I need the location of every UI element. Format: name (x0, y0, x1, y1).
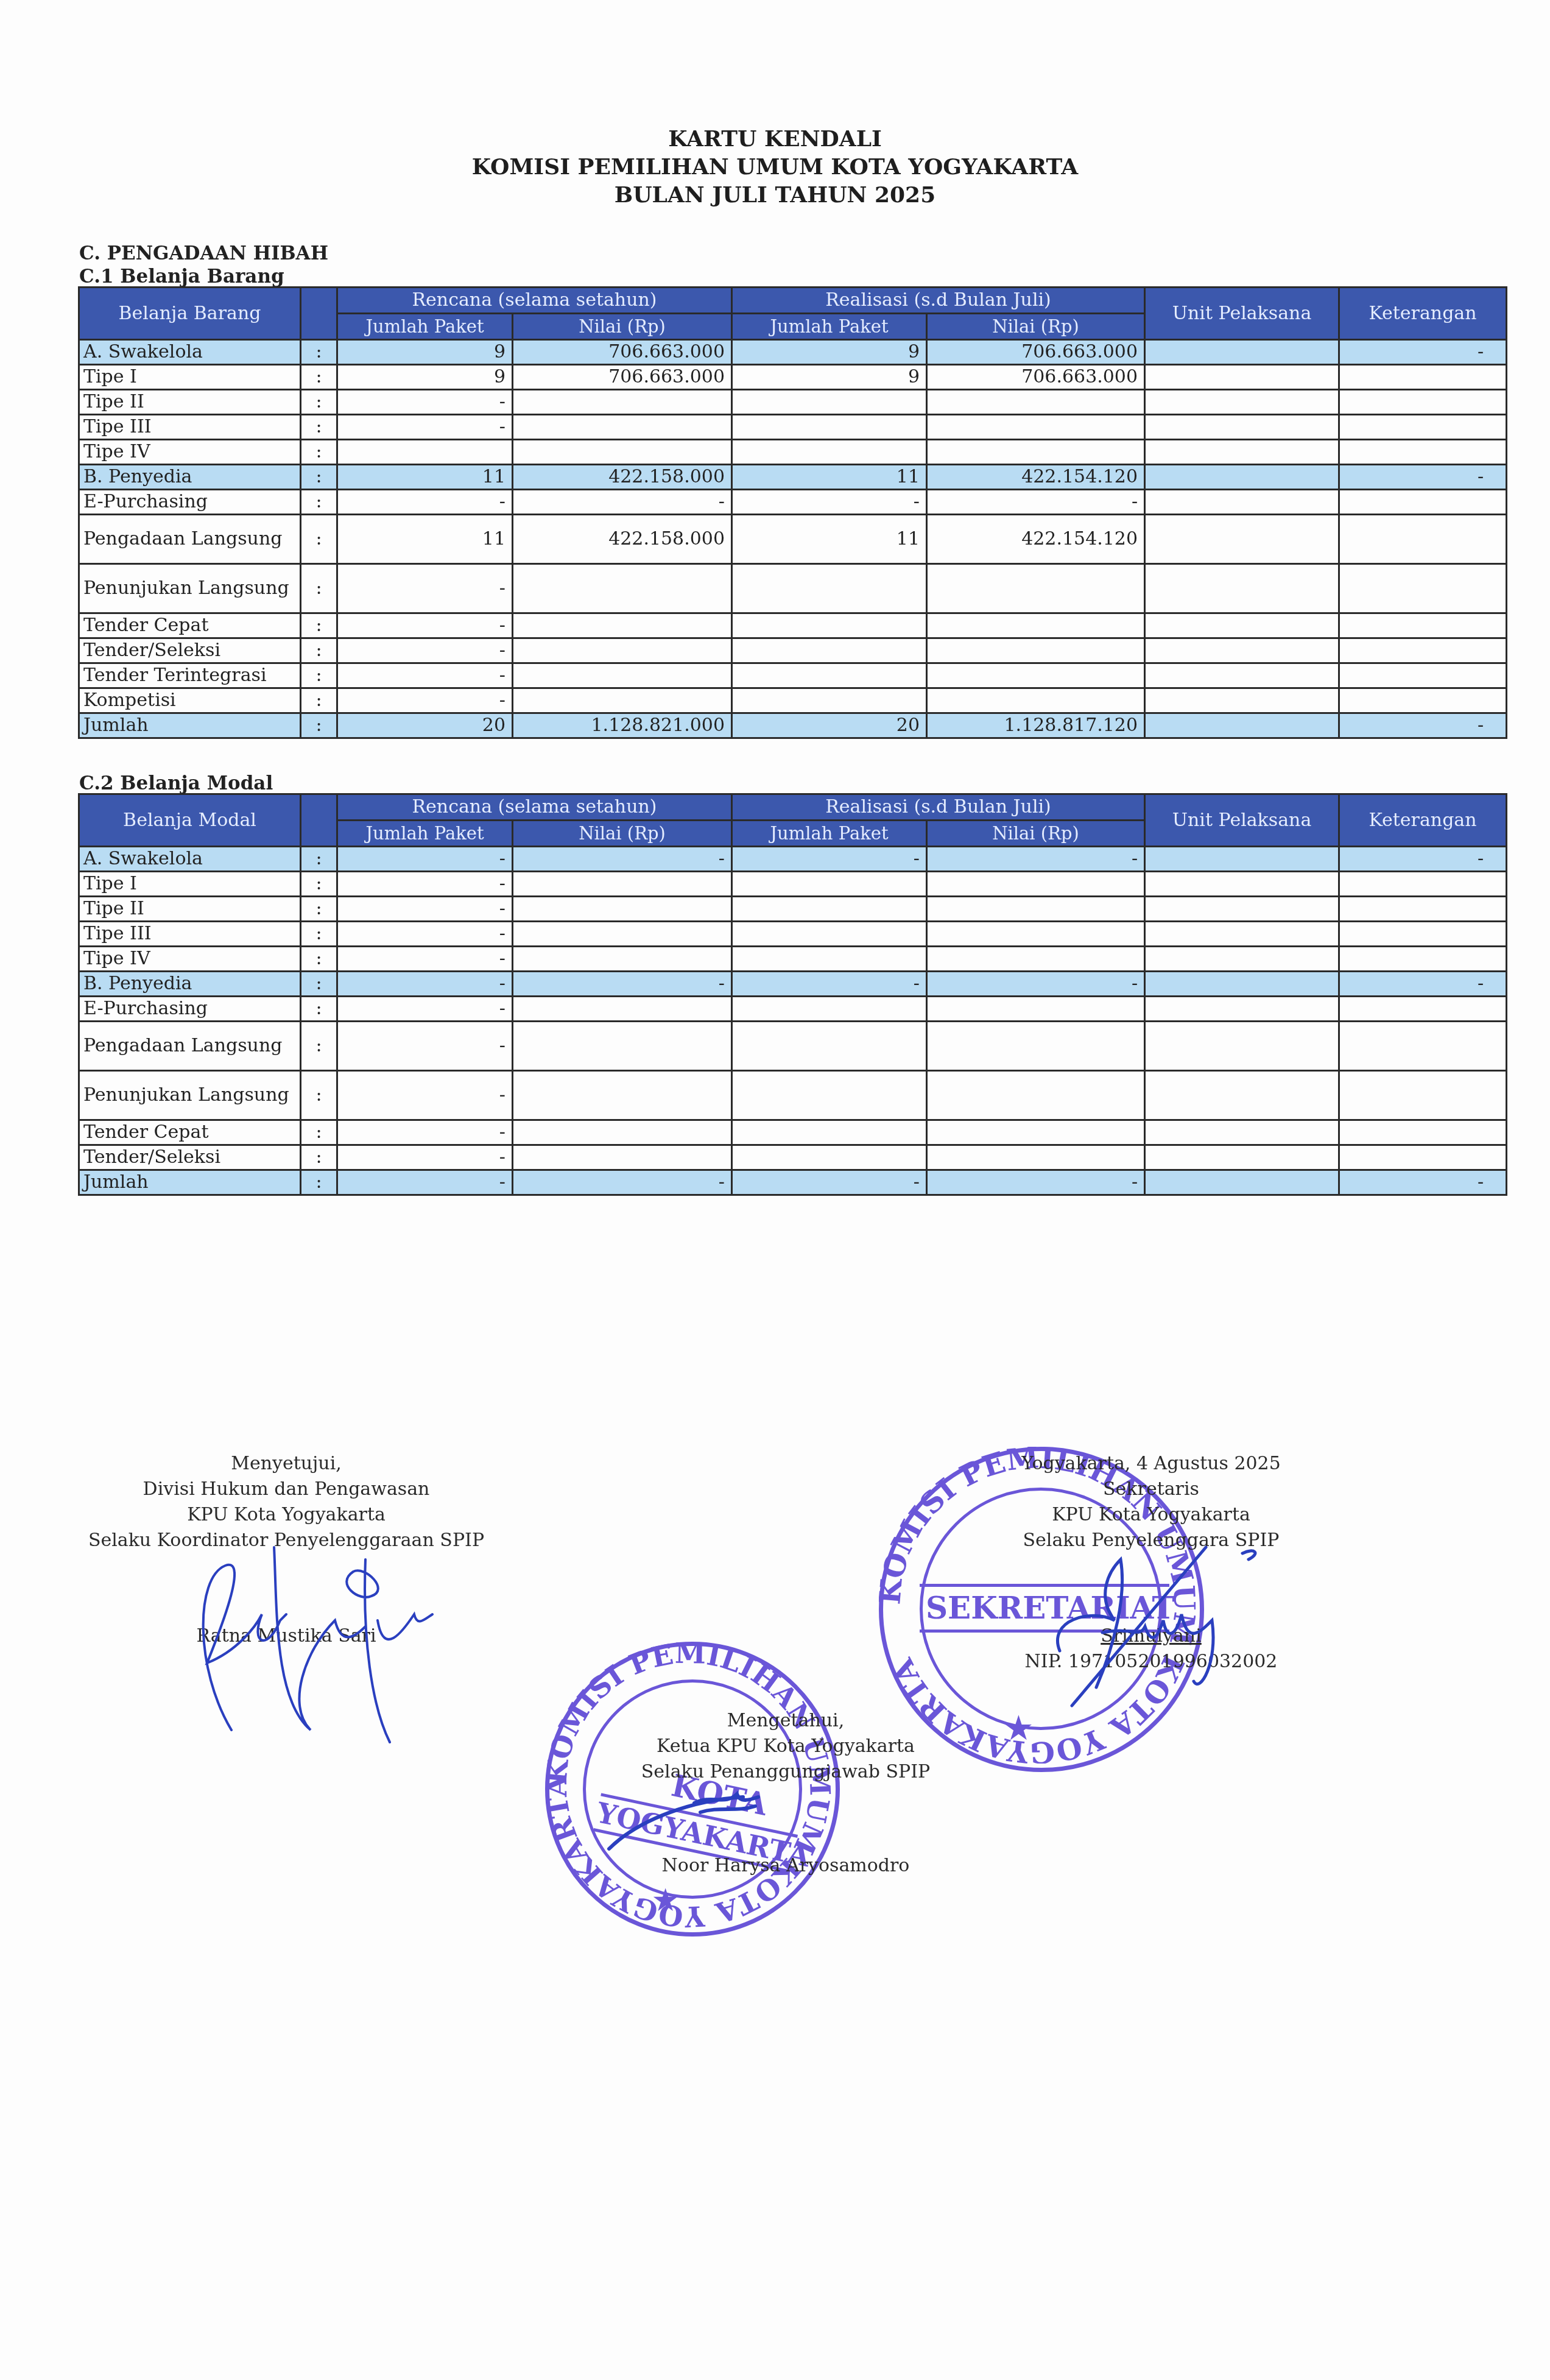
row-label: Tender/Seleksi (79, 1145, 301, 1170)
row-label: E-Purchasing (79, 997, 301, 1022)
unit-cell (1145, 1170, 1339, 1195)
unit-cell (1145, 688, 1339, 713)
realisasi-nilai-cell: 422.154.120 (927, 465, 1145, 490)
realisasi-paket-cell (732, 663, 927, 688)
rencana-nilai-cell: 422.158.000 (513, 465, 732, 490)
row-label: Tender Cepat (79, 1120, 301, 1145)
table-row: Penunjukan Langsung:- (79, 564, 1507, 613)
rencana-paket-cell: 9 (337, 365, 513, 390)
unit-cell (1145, 613, 1339, 638)
keterangan-header: Keterangan (1339, 288, 1507, 340)
keterangan-cell (1339, 1071, 1507, 1120)
keterangan-cell: - (1339, 1170, 1507, 1195)
unit-cell (1145, 365, 1339, 390)
realisasi-nilai-cell (927, 1022, 1145, 1071)
rencana-nilai-cell (513, 415, 732, 440)
row-colon: : (301, 465, 337, 490)
realisasi-nilai-cell (927, 663, 1145, 688)
rencana-nilai-cell (513, 688, 732, 713)
row-label: Tipe III (79, 922, 301, 947)
keterangan-cell (1339, 997, 1507, 1022)
unit-header: Unit Pelaksana (1145, 794, 1339, 847)
unit-cell (1145, 947, 1339, 972)
row-label: Penunjukan Langsung (79, 564, 301, 613)
keterangan-cell: - (1339, 713, 1507, 738)
rencana-nilai-cell (513, 663, 732, 688)
realisasi-nilai-cell (927, 390, 1145, 415)
keterangan-cell (1339, 688, 1507, 713)
sig-right-line: KPU Kota Yogyakarta (987, 1502, 1316, 1528)
keterangan-cell (1339, 947, 1507, 972)
rencana-paket-cell: - (337, 1145, 513, 1170)
realisasi-nilai-cell (927, 947, 1145, 972)
unit-cell (1145, 922, 1339, 947)
realisasi-paket-cell (732, 947, 927, 972)
rencana-paket-cell: 9 (337, 340, 513, 365)
sig-center-line: Mengetahui, (603, 1708, 968, 1734)
row-label: Pengadaan Langsung (79, 1022, 301, 1071)
table-row: Tender Cepat:- (79, 1120, 1507, 1145)
realisasi-paket-cell: 11 (732, 465, 927, 490)
rencana-paket-cell (337, 440, 513, 465)
keterangan-cell (1339, 872, 1507, 897)
rencana-nilai-cell: 706.663.000 (513, 340, 732, 365)
rencana-paket-cell: - (337, 1071, 513, 1120)
realisasi-paket-cell (732, 1071, 927, 1120)
unit-cell (1145, 440, 1339, 465)
rencana-nilai-cell (513, 440, 732, 465)
rencana-nilai-header: Nilai (Rp) (513, 314, 732, 340)
realisasi-nilai-header: Nilai (Rp) (927, 821, 1145, 847)
table1-heading: C.1 Belanja Barang (79, 266, 284, 288)
rencana-paket-cell: 11 (337, 515, 513, 564)
keterangan-cell (1339, 564, 1507, 613)
realisasi-paket-cell (732, 613, 927, 638)
row-colon: : (301, 997, 337, 1022)
table-row: Tipe II:- (79, 897, 1507, 922)
rencana-header: Rencana (selama setahun) (337, 288, 732, 314)
unit-cell (1145, 872, 1339, 897)
realisasi-paket-header: Jumlah Paket (732, 314, 927, 340)
realisasi-nilai-cell (927, 1120, 1145, 1145)
realisasi-nilai-cell (927, 872, 1145, 897)
row-colon: : (301, 613, 337, 638)
keterangan-cell (1339, 415, 1507, 440)
table-row: E-Purchasing:---- (79, 490, 1507, 515)
keterangan-cell: - (1339, 340, 1507, 365)
colon-header (301, 288, 337, 340)
keterangan-cell (1339, 1120, 1507, 1145)
rencana-nilai-cell (513, 922, 732, 947)
row-colon: : (301, 1071, 337, 1120)
belanja-modal-table: Belanja ModalRencana (selama setahun)Rea… (78, 793, 1507, 1196)
unit-cell (1145, 465, 1339, 490)
row-label: Tipe II (79, 897, 301, 922)
unit-cell (1145, 713, 1339, 738)
unit-cell (1145, 415, 1339, 440)
realisasi-paket-cell: - (732, 847, 927, 872)
row-colon: : (301, 365, 337, 390)
unit-cell (1145, 1145, 1339, 1170)
unit-cell (1145, 564, 1339, 613)
row-label: Penunjukan Langsung (79, 1071, 301, 1120)
realisasi-nilai-cell: - (927, 972, 1145, 997)
keterangan-cell (1339, 663, 1507, 688)
keterangan-cell (1339, 1022, 1507, 1071)
realisasi-paket-cell: 9 (732, 365, 927, 390)
category-header: Belanja Barang (79, 288, 301, 340)
row-label: Tipe IV (79, 440, 301, 465)
row-colon: : (301, 415, 337, 440)
row-colon: : (301, 897, 337, 922)
row-colon: : (301, 1170, 337, 1195)
row-label: E-Purchasing (79, 490, 301, 515)
unit-cell (1145, 997, 1339, 1022)
rencana-paket-cell: - (337, 390, 513, 415)
realisasi-paket-cell: 11 (732, 515, 927, 564)
sig-left-line: Menyetujui, (67, 1451, 506, 1477)
table-row: Tipe I:- (79, 872, 1507, 897)
rencana-nilai-cell: 1.128.821.000 (513, 713, 732, 738)
rencana-paket-cell: - (337, 997, 513, 1022)
realisasi-nilai-cell (927, 897, 1145, 922)
table-row: Tipe I:9706.663.0009706.663.000 (79, 365, 1507, 390)
realisasi-nilai-cell (927, 997, 1145, 1022)
keterangan-cell (1339, 390, 1507, 415)
rencana-paket-cell: - (337, 564, 513, 613)
unit-cell (1145, 663, 1339, 688)
rencana-nilai-cell: - (513, 490, 732, 515)
row-colon: : (301, 638, 337, 663)
keterangan-cell (1339, 922, 1507, 947)
table-row: Tender Cepat:- (79, 613, 1507, 638)
rencana-nilai-cell: - (513, 847, 732, 872)
rencana-nilai-cell: - (513, 1170, 732, 1195)
rencana-nilai-cell (513, 564, 732, 613)
rencana-paket-cell: - (337, 1120, 513, 1145)
row-label: B. Penyedia (79, 972, 301, 997)
realisasi-nilai-cell (927, 1145, 1145, 1170)
table-row: A. Swakelola:9706.663.0009706.663.000- (79, 340, 1507, 365)
rencana-paket-cell: - (337, 972, 513, 997)
row-label: Tipe IV (79, 947, 301, 972)
keterangan-cell (1339, 440, 1507, 465)
realisasi-paket-cell (732, 638, 927, 663)
row-colon: : (301, 847, 337, 872)
row-label: Tender Terintegrasi (79, 663, 301, 688)
sig-center-line: Ketua KPU Kota Yogyakarta (603, 1734, 968, 1759)
document-period: BULAN JULI TAHUN 2025 (0, 181, 1550, 209)
realisasi-paket-cell (732, 997, 927, 1022)
rencana-paket-cell: 11 (337, 465, 513, 490)
row-label: Tipe I (79, 365, 301, 390)
table-row: Kompetisi:- (79, 688, 1507, 713)
realisasi-nilai-cell: 422.154.120 (927, 515, 1145, 564)
row-label: Tender Cepat (79, 613, 301, 638)
rencana-paket-cell: - (337, 415, 513, 440)
sig-center-name: Noor Harysa Aryosamodro (603, 1853, 968, 1879)
rencana-nilai-cell: 422.158.000 (513, 515, 732, 564)
rencana-paket-cell: - (337, 947, 513, 972)
rencana-header: Rencana (selama setahun) (337, 794, 732, 821)
row-colon: : (301, 922, 337, 947)
row-colon: : (301, 1145, 337, 1170)
sig-left-line: Divisi Hukum dan Pengawasan (67, 1477, 506, 1502)
rencana-paket-cell: - (337, 613, 513, 638)
keterangan-cell (1339, 515, 1507, 564)
realisasi-paket-cell: 20 (732, 713, 927, 738)
realisasi-nilai-cell (927, 613, 1145, 638)
realisasi-paket-cell (732, 897, 927, 922)
row-colon: : (301, 564, 337, 613)
table-row: Tender Terintegrasi:- (79, 663, 1507, 688)
rencana-paket-cell: - (337, 638, 513, 663)
table-row: E-Purchasing:- (79, 997, 1507, 1022)
realisasi-nilai-cell: 706.663.000 (927, 365, 1145, 390)
realisasi-paket-header: Jumlah Paket (732, 821, 927, 847)
keterangan-header: Keterangan (1339, 794, 1507, 847)
unit-cell (1145, 390, 1339, 415)
rencana-paket-header: Jumlah Paket (337, 821, 513, 847)
keterangan-cell (1339, 490, 1507, 515)
row-colon: : (301, 1120, 337, 1145)
sig-left-line: KPU Kota Yogyakarta (67, 1502, 506, 1528)
rencana-nilai-cell (513, 1145, 732, 1170)
unit-cell (1145, 847, 1339, 872)
table-row: Tender/Seleksi:- (79, 638, 1507, 663)
rencana-nilai-header: Nilai (Rp) (513, 821, 732, 847)
keterangan-cell (1339, 1145, 1507, 1170)
table-row: B. Penyedia:11422.158.00011422.154.120- (79, 465, 1507, 490)
row-label: Tipe I (79, 872, 301, 897)
rencana-nilai-cell (513, 1022, 732, 1071)
realisasi-nilai-cell (927, 638, 1145, 663)
unit-cell (1145, 1120, 1339, 1145)
row-colon: : (301, 390, 337, 415)
realisasi-paket-cell (732, 1120, 927, 1145)
realisasi-paket-cell (732, 390, 927, 415)
realisasi-paket-cell: 9 (732, 340, 927, 365)
rencana-paket-cell: - (337, 490, 513, 515)
rencana-paket-cell: - (337, 688, 513, 713)
rencana-paket-cell: - (337, 897, 513, 922)
realisasi-nilai-cell: - (927, 490, 1145, 515)
table2-heading: C.2 Belanja Modal (79, 772, 273, 794)
realisasi-paket-cell (732, 1145, 927, 1170)
document-title: KARTU KENDALI (0, 125, 1550, 153)
realisasi-paket-cell (732, 688, 927, 713)
header-row: Belanja ModalRencana (selama setahun)Rea… (79, 794, 1507, 821)
realisasi-paket-cell (732, 1022, 927, 1071)
sig-right-line: Sekretaris (987, 1477, 1316, 1502)
handwritten-signature-left (183, 1547, 463, 1742)
unit-header: Unit Pelaksana (1145, 288, 1339, 340)
row-colon: : (301, 440, 337, 465)
realisasi-nilai-cell (927, 564, 1145, 613)
row-label: Pengadaan Langsung (79, 515, 301, 564)
keterangan-cell (1339, 638, 1507, 663)
row-label: Jumlah (79, 713, 301, 738)
rencana-paket-cell: - (337, 663, 513, 688)
realisasi-nilai-header: Nilai (Rp) (927, 314, 1145, 340)
row-colon: : (301, 340, 337, 365)
rencana-paket-header: Jumlah Paket (337, 314, 513, 340)
realisasi-nilai-cell: - (927, 1170, 1145, 1195)
rencana-paket-cell: - (337, 1170, 513, 1195)
rencana-paket-cell: - (337, 847, 513, 872)
row-colon: : (301, 713, 337, 738)
row-label: A. Swakelola (79, 847, 301, 872)
star-icon: ★ (1005, 1710, 1032, 1746)
rencana-nilai-cell: - (513, 972, 732, 997)
rencana-nilai-cell (513, 390, 732, 415)
section-heading: C. PENGADAAN HIBAH (79, 242, 328, 264)
unit-cell (1145, 638, 1339, 663)
star-icon: ★ (653, 1884, 678, 1916)
row-colon: : (301, 515, 337, 564)
row-label: Jumlah (79, 1170, 301, 1195)
realisasi-paket-cell: - (732, 490, 927, 515)
row-label: Kompetisi (79, 688, 301, 713)
row-colon: : (301, 1022, 337, 1071)
realisasi-paket-cell: - (732, 1170, 927, 1195)
unit-cell (1145, 897, 1339, 922)
table-row: Pengadaan Langsung:11422.158.00011422.15… (79, 515, 1507, 564)
rencana-nilai-cell (513, 1071, 732, 1120)
row-colon: : (301, 972, 337, 997)
realisasi-nilai-cell (927, 440, 1145, 465)
realisasi-paket-cell: - (732, 972, 927, 997)
realisasi-nilai-cell: 1.128.817.120 (927, 713, 1145, 738)
unit-cell (1145, 490, 1339, 515)
table-row: Jumlah:----- (79, 1170, 1507, 1195)
realisasi-nilai-cell (927, 415, 1145, 440)
keterangan-cell: - (1339, 465, 1507, 490)
realisasi-nilai-cell (927, 1071, 1145, 1120)
handwritten-signature-right (1035, 1547, 1291, 1706)
realisasi-header: Realisasi (s.d Bulan Juli) (732, 794, 1145, 821)
rencana-paket-cell: - (337, 1022, 513, 1071)
keterangan-cell (1339, 613, 1507, 638)
row-label: Tender/Seleksi (79, 638, 301, 663)
unit-cell (1145, 972, 1339, 997)
realisasi-paket-cell (732, 415, 927, 440)
category-header: Belanja Modal (79, 794, 301, 847)
row-label: Tipe II (79, 390, 301, 415)
realisasi-nilai-cell: 706.663.000 (927, 340, 1145, 365)
row-label: Tipe III (79, 415, 301, 440)
table-row: A. Swakelola:----- (79, 847, 1507, 872)
table-row: Tipe II:- (79, 390, 1507, 415)
handwritten-signature-center (603, 1788, 761, 1855)
table-row: B. Penyedia:----- (79, 972, 1507, 997)
realisasi-paket-cell (732, 440, 927, 465)
row-colon: : (301, 947, 337, 972)
document-title-block: KARTU KENDALI KOMISI PEMILIHAN UMUM KOTA… (0, 125, 1550, 209)
row-colon: : (301, 688, 337, 713)
rencana-paket-cell: - (337, 872, 513, 897)
table-row: Penunjukan Langsung:- (79, 1071, 1507, 1120)
rencana-nilai-cell (513, 613, 732, 638)
table-row: Tipe III:- (79, 922, 1507, 947)
realisasi-nilai-cell (927, 922, 1145, 947)
rencana-nilai-cell (513, 638, 732, 663)
unit-cell (1145, 515, 1339, 564)
rencana-nilai-cell (513, 997, 732, 1022)
row-label: B. Penyedia (79, 465, 301, 490)
row-colon: : (301, 872, 337, 897)
document-subtitle: KOMISI PEMILIHAN UMUM KOTA YOGYAKARTA (0, 153, 1550, 181)
realisasi-header: Realisasi (s.d Bulan Juli) (732, 288, 1145, 314)
rencana-paket-cell: - (337, 922, 513, 947)
table-row: Tipe III:- (79, 415, 1507, 440)
sig-right-date: Yogyakarta, 4 Agustus 2025 (987, 1451, 1316, 1477)
colon-header (301, 794, 337, 847)
unit-cell (1145, 340, 1339, 365)
rencana-paket-cell: 20 (337, 713, 513, 738)
realisasi-paket-cell (732, 922, 927, 947)
rencana-nilai-cell (513, 872, 732, 897)
header-row: Belanja BarangRencana (selama setahun)Re… (79, 288, 1507, 314)
realisasi-paket-cell (732, 564, 927, 613)
row-colon: : (301, 663, 337, 688)
realisasi-nilai-cell: - (927, 847, 1145, 872)
rencana-nilai-cell (513, 947, 732, 972)
row-colon: : (301, 490, 337, 515)
keterangan-cell: - (1339, 847, 1507, 872)
row-label: A. Swakelola (79, 340, 301, 365)
unit-cell (1145, 1022, 1339, 1071)
table-row: Tipe IV:- (79, 947, 1507, 972)
table-row: Pengadaan Langsung:- (79, 1022, 1507, 1071)
table-row: Tipe IV: (79, 440, 1507, 465)
rencana-nilai-cell: 706.663.000 (513, 365, 732, 390)
keterangan-cell: - (1339, 972, 1507, 997)
belanja-barang-table: Belanja BarangRencana (selama setahun)Re… (78, 286, 1507, 739)
keterangan-cell (1339, 365, 1507, 390)
table-row: Tender/Seleksi:- (79, 1145, 1507, 1170)
realisasi-nilai-cell (927, 688, 1145, 713)
rencana-nilai-cell (513, 1120, 732, 1145)
unit-cell (1145, 1071, 1339, 1120)
keterangan-cell (1339, 897, 1507, 922)
rencana-nilai-cell (513, 897, 732, 922)
realisasi-paket-cell (732, 872, 927, 897)
table-row: Jumlah:201.128.821.000201.128.817.120- (79, 713, 1507, 738)
sig-center-line: Selaku Penanggungjawab SPIP (603, 1759, 968, 1785)
